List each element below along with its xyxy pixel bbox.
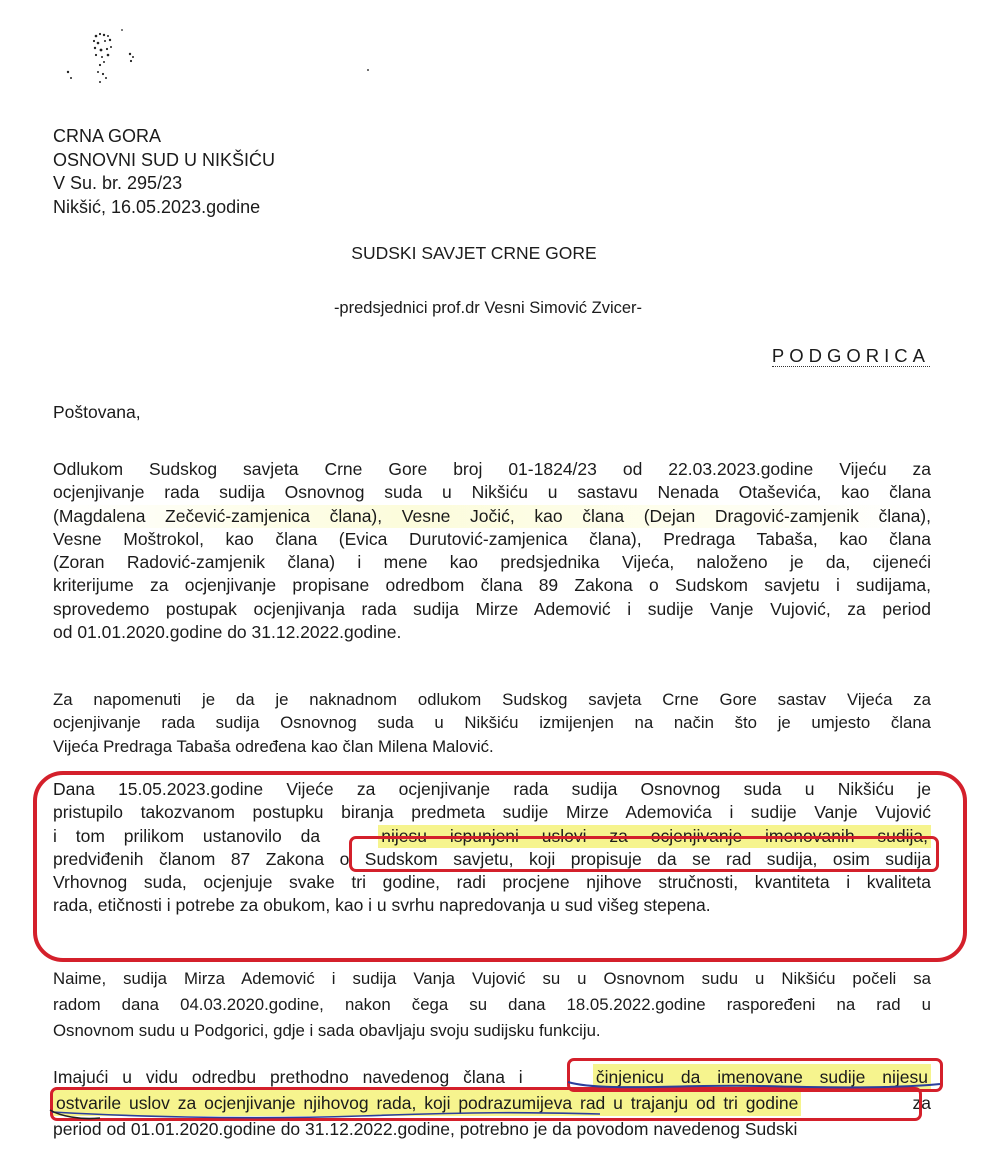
text-line: Za napomenuti je da je naknadnom odlukom…: [53, 688, 931, 711]
text-line: ocjenjivanje rada sudija Osnovnog suda u…: [53, 481, 931, 504]
text-line: (Zoran Radović-zamjenik člana) i mene ka…: [53, 551, 931, 574]
paragraph-conditions-not-met: Dana 15.05.2023.godine Vijeće za ocjenji…: [53, 778, 931, 918]
text-line: period od 01.01.2020.godine do 31.12.202…: [53, 1116, 931, 1142]
text-line: pristupilo takozvanom postupku biranja p…: [53, 801, 931, 824]
text-line: Odlukom Sudskog savjeta Crne Gore broj 0…: [53, 458, 931, 481]
recipient-city: PODGORICA: [772, 346, 930, 367]
place-and-date: Nikšić, 16.05.2023.godine: [53, 196, 275, 220]
highlighted-text: nijesu ispunjeni uslovi za ocjenjivanje …: [378, 825, 931, 848]
salutation: Poštovana,: [53, 402, 141, 423]
paragraph-conclusion: Imajući u vidu odredbu prethodno naveden…: [53, 1064, 931, 1142]
text-line: Vrhovnog suda, ocjenjuje svake tri godin…: [53, 871, 931, 894]
text-line: rada, etičnosti i potrebe za obukom, kao…: [53, 894, 931, 917]
text-line: (Magdalena Zečević-zamjenica člana), Ves…: [53, 505, 931, 528]
text-line: Dana 15.05.2023.godine Vijeće za ocjenji…: [53, 778, 931, 801]
scanned-letter-page: CRNA GORA OSNOVNI SUD U NIKŠIĆU V Su. br…: [0, 0, 1000, 1173]
recipient-organization: SUDSKI SAVJET CRNE GORE: [0, 243, 974, 264]
text-line: Vijeća Predraga Tabaša određena kao član…: [53, 735, 931, 758]
court-name: OSNOVNI SUD U NIKŠIĆU: [53, 149, 275, 173]
paragraph-judges-transfer: Naime, sudija Mirza Ademović i sudija Va…: [53, 966, 931, 1044]
text-line: sprovedemo postupak ocjenjivanja rada su…: [53, 598, 931, 621]
paragraph-council-decision: Odlukom Sudskog savjeta Crne Gore broj 0…: [53, 458, 931, 644]
text-line: ocjenjivanje rada sudija Osnovnog suda u…: [53, 711, 931, 734]
text-line: i tom prilikom ustanovilo da nijesu ispu…: [53, 825, 931, 848]
text-line: ostvarile uslov za ocjenjivanje njihovog…: [53, 1090, 931, 1116]
text-segment: za: [913, 1090, 931, 1116]
text-segment: Imajući u vidu odredbu prethodno naveden…: [53, 1064, 523, 1090]
paragraph-council-change: Za napomenuti je da je naknadnom odlukom…: [53, 688, 931, 758]
reference-number: V Su. br. 295/23: [53, 172, 275, 196]
text-line: Naime, sudija Mirza Ademović i sudija Va…: [53, 966, 931, 992]
country-name: CRNA GORA: [53, 125, 275, 149]
text-line: predviđenih članom 87 Zakona o Sudskom s…: [53, 848, 931, 871]
text-line: od 01.01.2020.godine do 31.12.2022.godin…: [53, 621, 931, 644]
highlighted-text: ostvarile uslov za ocjenjivanje njihovog…: [53, 1090, 801, 1116]
text-line: Vesne Moštrokol, kao člana (Evica Duruto…: [53, 528, 931, 551]
sender-block: CRNA GORA OSNOVNI SUD U NIKŠIĆU V Su. br…: [53, 125, 275, 219]
highlighted-text: činjenicu da imenovane sudije nijesu: [593, 1064, 931, 1090]
text-line: Imajući u vidu odredbu prethodno naveden…: [53, 1064, 931, 1090]
text-line: Osnovnom sudu u Podgorici, gdje i sada o…: [53, 1018, 931, 1044]
court-emblem-stamp: [60, 10, 180, 100]
text-line: radom dana 04.03.2020.godine, nakon čega…: [53, 992, 931, 1018]
text-segment: i tom prilikom ustanovilo da: [53, 825, 320, 848]
scan-dust-speck: [366, 68, 370, 72]
text-line: kriterijume za ocjenjivanje propisane od…: [53, 574, 931, 597]
recipient-addressee: -predsjednici prof.dr Vesni Simović Zvic…: [0, 299, 988, 318]
